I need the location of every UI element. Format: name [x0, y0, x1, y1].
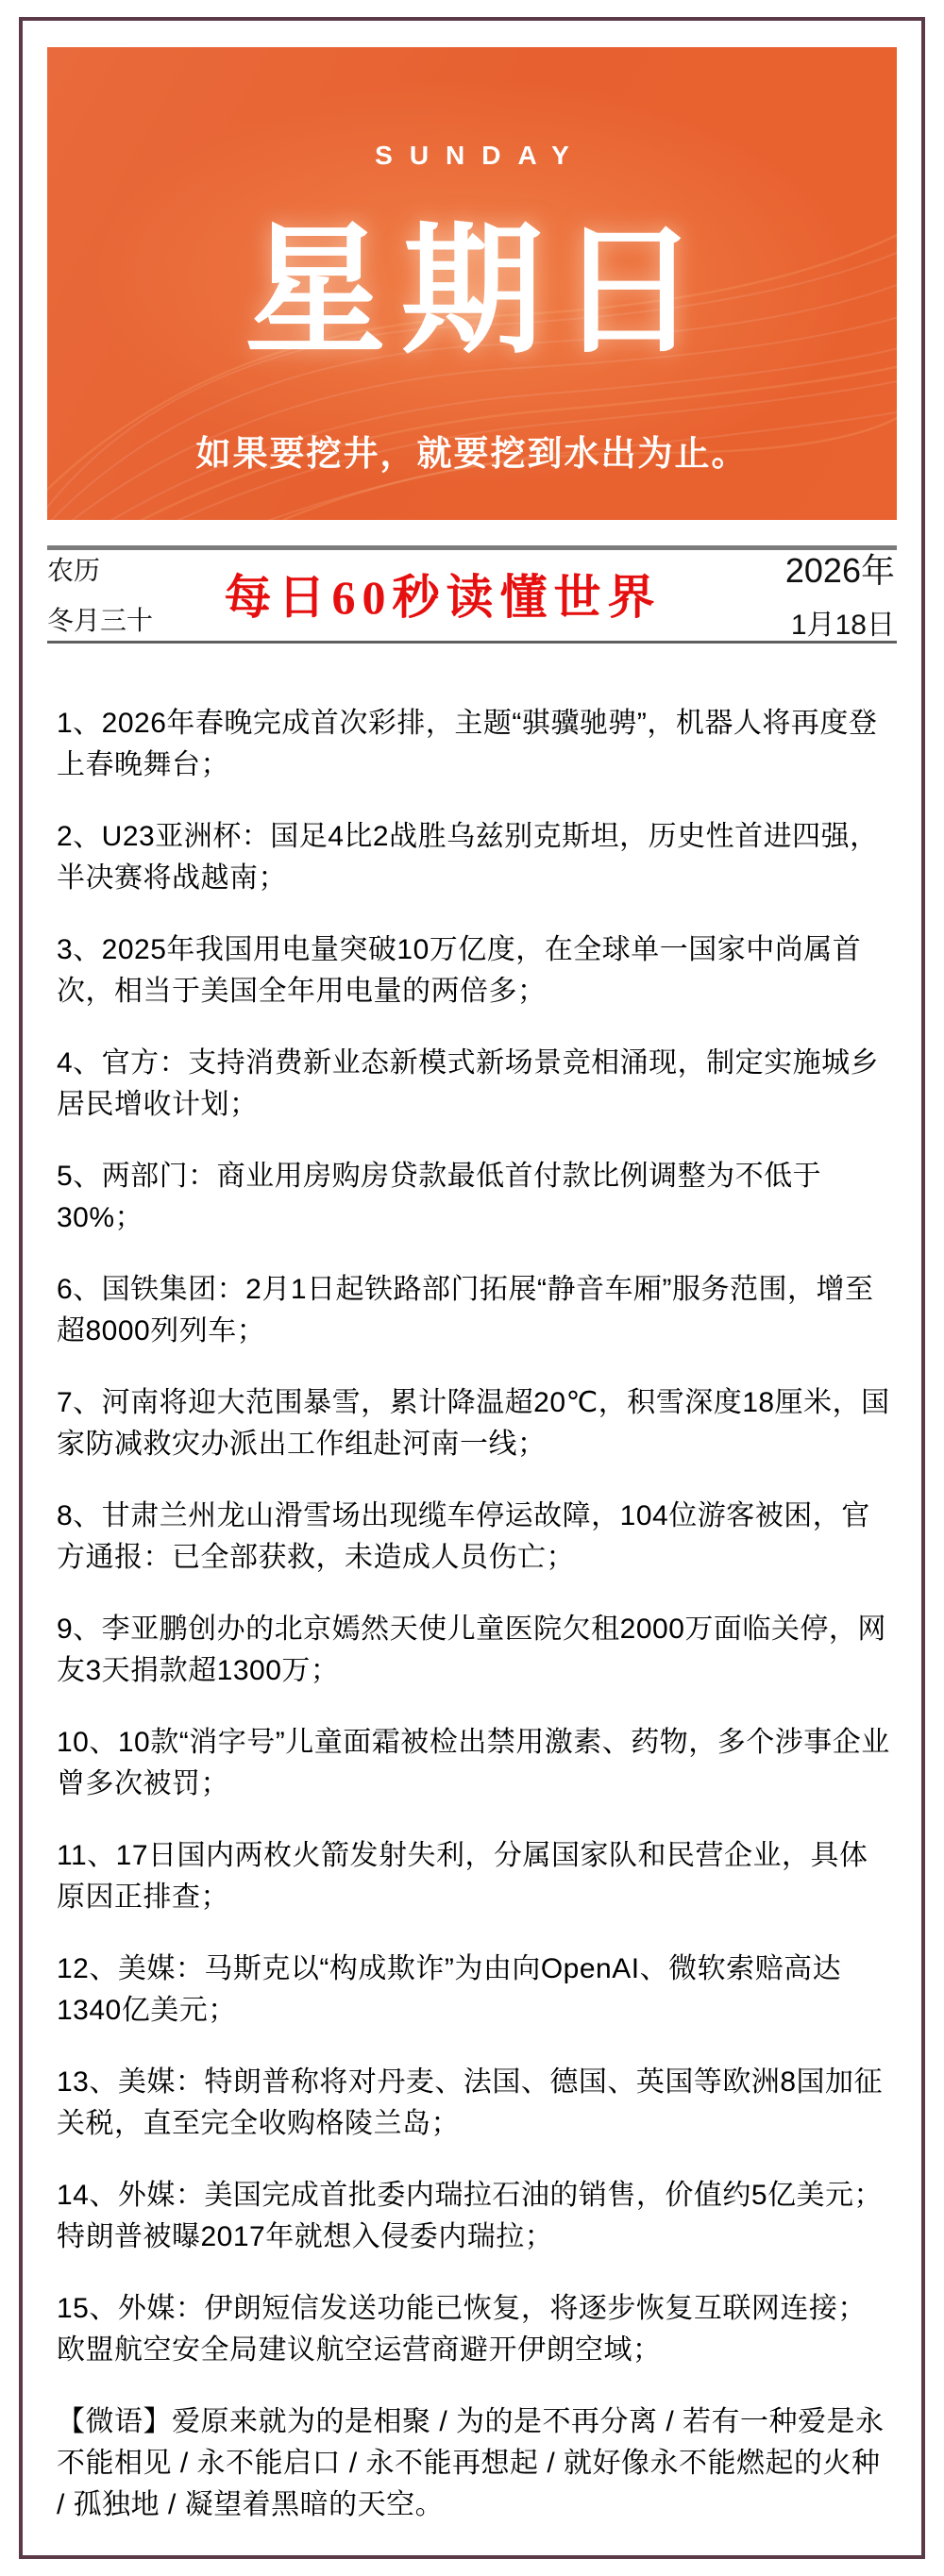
- lunar-date-block: 农历 冬月三十: [47, 550, 153, 638]
- news-item: 12、美媒：马斯克以“构成欺诈”为由向OpenAI、微软索赔高达1340亿美元；: [57, 1949, 895, 2032]
- news-list: 1、2026年春晚完成首次彩排，主题“骐骥驰骋”，机器人将再度登上春晚舞台；2、…: [57, 703, 895, 2371]
- weekday-english: SUNDAY: [47, 141, 897, 171]
- news-item: 4、官方：支持消费新业态新模式新场景竞相涌现，制定实施城乡居民增收计划；: [57, 1043, 895, 1126]
- banner-quote: 如果要挖井，就要挖到水出为止。: [47, 425, 897, 476]
- news-item: 11、17日国内两枚火箭发射失利，分属国家队和民营企业，具体原因正排查；: [57, 1835, 895, 1918]
- news-item: 6、国铁集团：2月1日起铁路部门拓展“静音车厢”服务范围，增至超8000列列车；: [57, 1269, 895, 1352]
- news-item: 7、河南将迎大范围暴雪，累计降温超20℃，积雪深度18厘米，国家防减救灾办派出工…: [57, 1382, 895, 1465]
- gregorian-date-block: 2026年 1月18日: [785, 544, 895, 643]
- page-frame: SUNDAY 星期日 如果要挖井，就要挖到水出为止。 农历 冬月三十 每日60秒…: [19, 17, 925, 2559]
- weiyu-quote: 【微语】爱原来就为的是相聚 / 为的是不再分离 / 若有一种爱是永不能相见 / …: [57, 2401, 895, 2526]
- month-day-label: 1月18日: [791, 601, 895, 643]
- header-banner: SUNDAY 星期日 如果要挖井，就要挖到水出为止。: [47, 47, 897, 520]
- news-item: 1、2026年春晚完成首次彩排，主题“骐骥驰骋”，机器人将再度登上春晚舞台；: [57, 703, 895, 786]
- news-item: 3、2025年我国用电量突破10万亿度，在全球单一国家中尚属首次，相当于美国全年…: [57, 929, 895, 1012]
- news-item: 8、甘肃兰州龙山滑雪场出现缆车停运故障，104位游客被困，官方通报：已全部获救，…: [57, 1496, 895, 1579]
- news-item: 13、美媒：特朗普称将对丹麦、法国、德国、英国等欧洲8国加征关税，直至完全收购格…: [57, 2062, 895, 2145]
- news-item: 10、10款“消字号”儿童面霜被检出禁用激素、药物，多个涉事企业曾多次被罚；: [57, 1722, 895, 1805]
- news-item: 14、外媒：美国完成首批委内瑞拉石油的销售，价值约5亿美元；特朗普被曝2017年…: [57, 2175, 895, 2258]
- news-item: 5、两部门：商业用房购房贷款最低首付款比例调整为不低于30%；: [57, 1156, 895, 1239]
- news-item: 2、U23亚洲杯：国足4比2战胜乌兹别克斯坦，历史性首进四强，半决赛将战越南；: [57, 816, 895, 899]
- year-label: 2026年: [785, 544, 895, 593]
- lunar-label: 农历: [47, 550, 153, 588]
- news-item: 15、外媒：伊朗短信发送功能已恢复，将逐步恢复互联网连接；欧盟航空安全局建议航空…: [57, 2288, 895, 2371]
- lunar-date: 冬月三十: [47, 600, 153, 638]
- news-item: 9、李亚鹏创办的北京嫣然天使儿童医院欠租2000万面临关停，网友3天捐款超130…: [57, 1609, 895, 1692]
- masthead: 农历 冬月三十 每日60秒读懂世界 2026年 1月18日: [47, 545, 897, 644]
- news-body: 1、2026年春晚完成首次彩排，主题“骐骥驰骋”，机器人将再度登上春晚舞台；2、…: [57, 703, 895, 2526]
- page-title: 每日60秒读懂世界: [224, 560, 661, 627]
- weekday-chinese: 星期日: [47, 219, 897, 368]
